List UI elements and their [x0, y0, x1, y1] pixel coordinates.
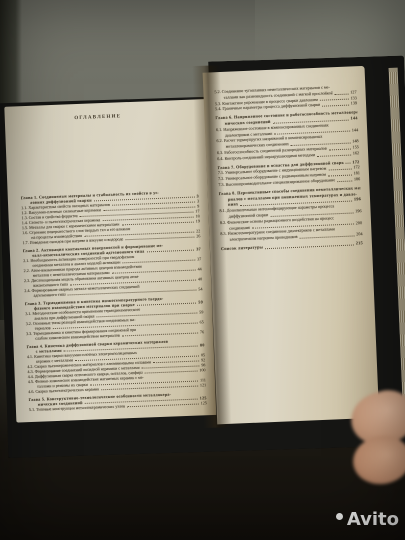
dot-leader — [125, 237, 194, 241]
toc-line-text: Список литературы — [221, 244, 263, 252]
toc-page-number: 100 — [199, 367, 205, 372]
toc-line-text: адгезионного типа — [24, 292, 65, 299]
toc-page-number: 215 — [356, 240, 363, 246]
dot-leader — [300, 235, 355, 238]
finger — [349, 431, 405, 488]
toc-page-number: 37 — [197, 256, 201, 261]
left-page-toc: Глава 1. Соединяемые материалы и стабиль… — [21, 185, 207, 412]
dot-leader — [345, 163, 350, 164]
dot-leader — [265, 244, 354, 249]
toc-page-number: 37 — [196, 246, 201, 251]
toc-page-number: 48 — [198, 276, 202, 281]
toc-page-number: 125 — [201, 400, 207, 405]
left-page: ОГЛАВЛЕНИЕ Глава 1. Соединяемые материал… — [4, 99, 216, 422]
right-page: 5.2. Соединение тугоплавких неметалличес… — [203, 66, 380, 424]
toc-page-number: 196 — [354, 197, 361, 203]
dot-leader — [317, 154, 351, 156]
dot-leader — [322, 105, 348, 107]
book-photo: ОГЛАВЛЕНИЕ Глава 1. Соединяемые материал… — [0, 0, 405, 540]
toc-page-number: 139 — [351, 101, 358, 107]
toc-page-number: 44 — [197, 266, 201, 271]
avito-logo-dot-icon — [336, 513, 343, 520]
toc-title: ОГЛАВЛЕНИЕ — [63, 114, 133, 122]
toc-page-number: 186 — [354, 176, 361, 182]
toc-page-number: 59 — [199, 309, 203, 314]
toc-page-number: 80 — [200, 342, 205, 347]
toc-page-number: 19 — [196, 218, 200, 223]
toc-page-number: 54 — [198, 286, 202, 291]
avito-watermark-text: Avito — [347, 509, 399, 530]
dot-leader — [127, 404, 199, 408]
toc-page-number: 121 — [200, 382, 206, 387]
toc-page-number: 26 — [196, 233, 200, 238]
toc-page-number: 200 — [356, 220, 363, 226]
toc-page-number: 59 — [198, 299, 203, 304]
toc-page-number: 162 — [353, 150, 360, 156]
avito-watermark: Avito — [336, 509, 399, 530]
right-page-toc: 5.2. Соединение тугоплавких неметалличес… — [214, 83, 363, 252]
holding-hand — [335, 392, 405, 522]
dot-leader — [122, 333, 198, 337]
dot-leader — [101, 386, 198, 391]
toc-page-number: 65 — [200, 319, 204, 324]
dot-leader — [337, 180, 352, 182]
toc-page-number: 144 — [352, 127, 359, 133]
toc-page-number: 196 — [355, 208, 362, 214]
toc-page-number: 76 — [200, 329, 204, 334]
toc-page-number: 144 — [350, 115, 357, 121]
toc-page-number: 204 — [356, 231, 363, 237]
open-book: ОГЛАВЛЕНИЕ Глава 1. Соединяемые материал… — [0, 60, 402, 440]
